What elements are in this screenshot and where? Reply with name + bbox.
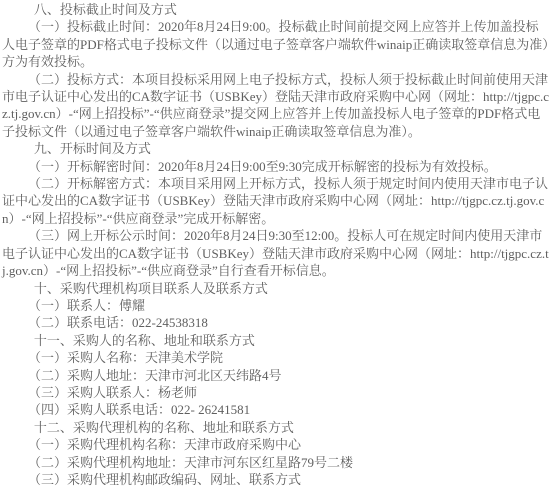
document-body: 八、投标截止时间及方式（一）投标截止时间：2020年8月24日9:00。投标截止… — [2, 1, 551, 487]
paragraph: （一）开标解密时间：2020年8月24日9:00至9:30完成开标解密的投标为有… — [2, 158, 551, 175]
section-heading: 十二、采购代理机构的名称、地址和联系方式 — [2, 419, 551, 436]
section-heading: 十一、采购人的名称、地址和联系方式 — [2, 332, 551, 349]
paragraph: （二）采购人地址：天津市河北区天纬路4号 — [2, 367, 551, 384]
section-heading: 十、采购代理机构项目联系人及联系方式 — [2, 280, 551, 297]
paragraph: （一）采购代理机构名称：天津市政府采购中心 — [2, 436, 551, 453]
paragraph: （二）投标方式：本项目投标采用网上电子投标方式，投标人须于投标截止时间前使用天津… — [2, 71, 551, 141]
paragraph: （三）采购人联系人：杨老师 — [2, 384, 551, 401]
paragraph: （二）联系电话：022-24538318 — [2, 314, 551, 331]
paragraph: （一）采购人名称：天津美术学院 — [2, 349, 551, 366]
paragraph: （一）投标截止时间：2020年8月24日9:00。投标截止时间前提交网上应答并上… — [2, 18, 551, 70]
paragraph: （二）采购代理机构地址：天津市河东区红星路79号二楼 — [2, 454, 551, 471]
section-heading: 八、投标截止时间及方式 — [2, 1, 551, 18]
paragraph: （四）采购人联系电话：022- 26241581 — [2, 401, 551, 418]
paragraph: （三）网上开标公示时间：2020年8月24日9:30至12:00。投标人可在规定… — [2, 227, 551, 279]
paragraph: （二）开标解密方式：本项目采用网上开标方式，投标人须于规定时间内使用天津市电子认… — [2, 175, 551, 227]
document-page: 八、投标截止时间及方式（一）投标截止时间：2020年8月24日9:00。投标截止… — [0, 0, 554, 487]
paragraph: （一）联系人：傅耀 — [2, 297, 551, 314]
paragraph: （三）采购代理机构邮政编码、网址、联系方式 — [2, 471, 551, 487]
section-heading: 九、开标时间及方式 — [2, 140, 551, 157]
